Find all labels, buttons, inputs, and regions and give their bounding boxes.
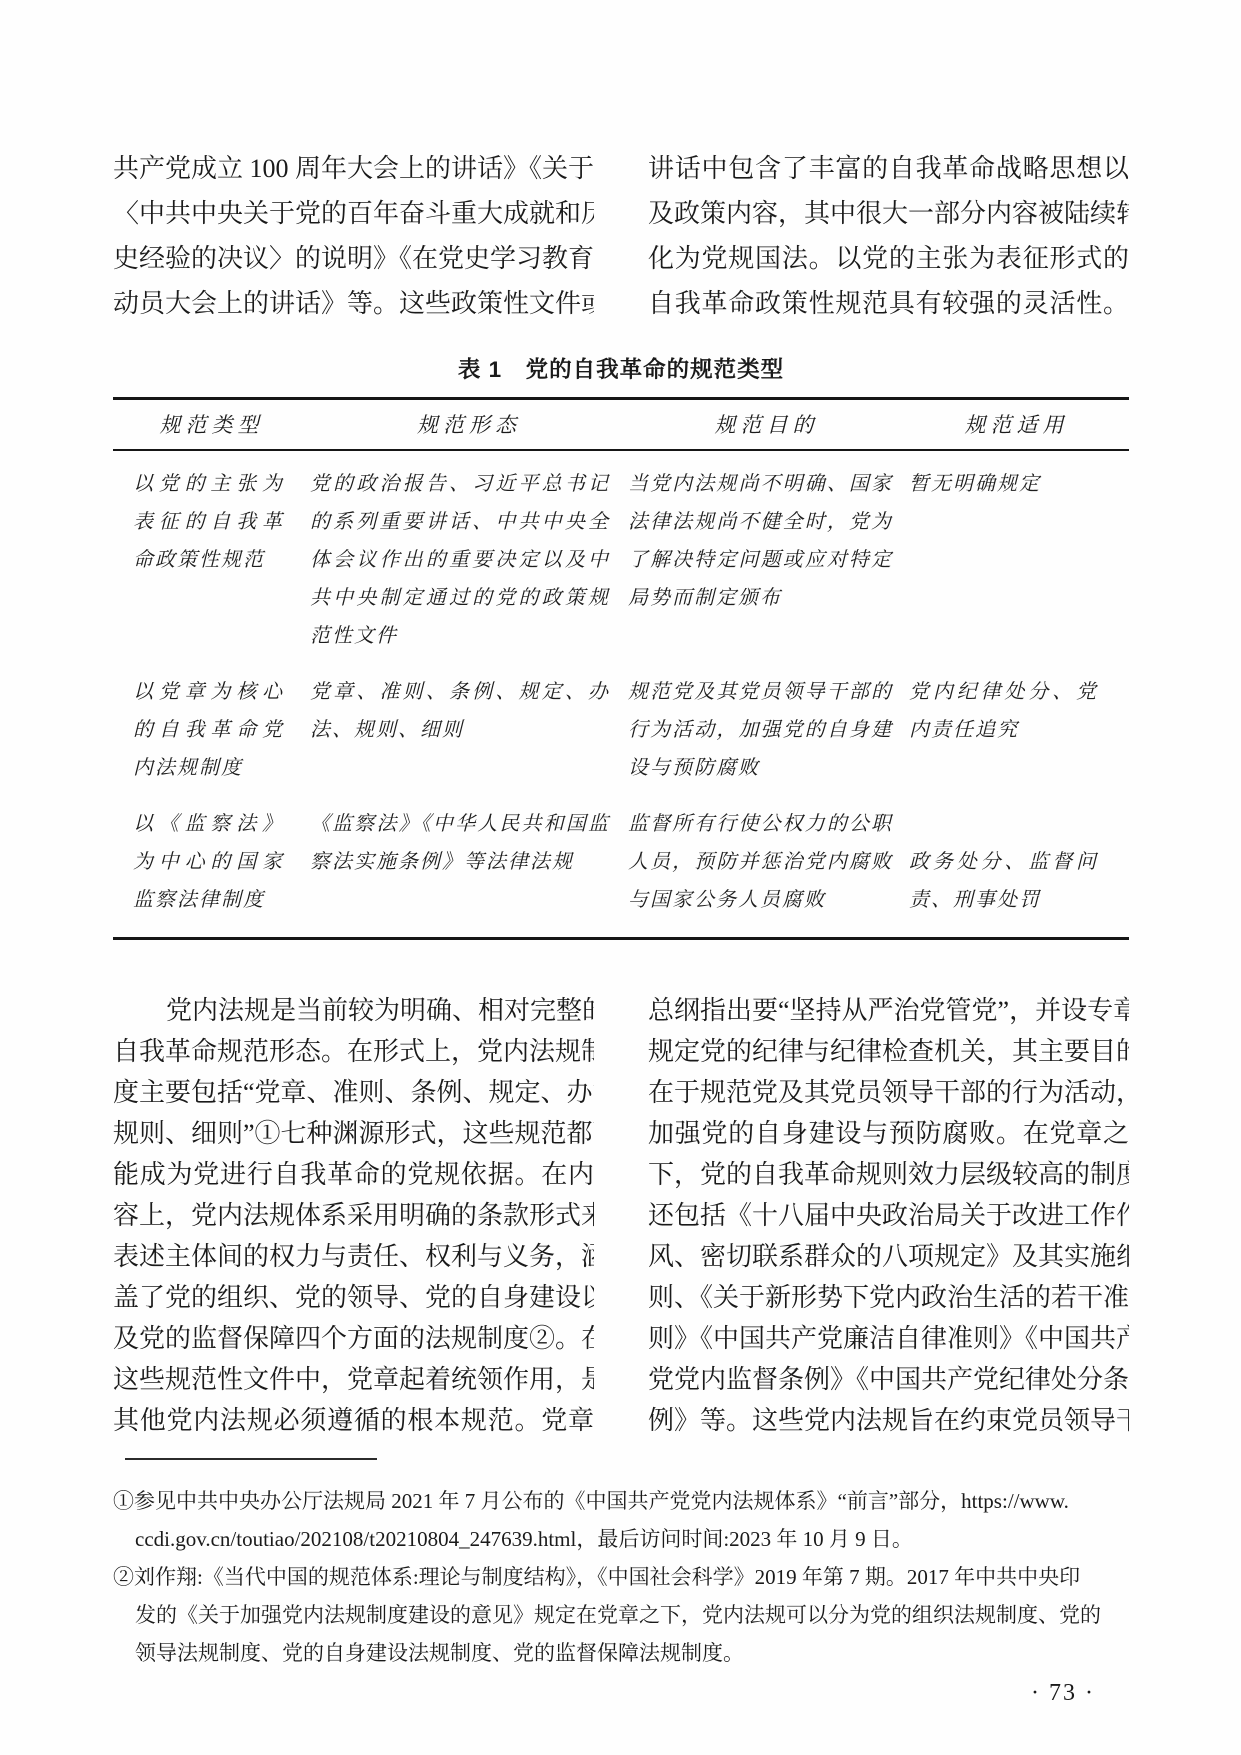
text-line: 还包括《十八届中央政治局关于改进工作作 xyxy=(648,1195,1129,1236)
table-row: 以党章为核心的自我革命党内法规制度 党章、准则、条例、规定、办法、规则、细则 规… xyxy=(113,663,1129,795)
text-line: 党内法规是当前较为明确、相对完整的 xyxy=(113,990,594,1031)
footnote-line: ccdi.gov.cn/toutiao/202108/t20210804_247… xyxy=(113,1520,1129,1558)
text-line: 动员大会上的讲话》等。这些政策性文件或 xyxy=(113,281,594,326)
table-header-cell-application: 规范适用 xyxy=(905,411,1128,439)
table-row: 以《监察法》为中心的国家监察法律制度 《监察法》《中华人民共和国监察法实施条例》… xyxy=(113,795,1129,927)
table-cell-form: 《监察法》《中华人民共和国监察法实施条例》等法律法规 xyxy=(310,805,628,919)
table-header-cell-type: 规范类型 xyxy=(113,411,310,439)
text-line: 讲话中包含了丰富的自我革命战略思想以 xyxy=(648,146,1129,191)
text-line: 规定党的纪律与纪律检查机关，其主要目的 xyxy=(648,1031,1129,1072)
footnote-line: 发的《关于加强党内法规制度建设的意见》规定在党章之下，党内法规可以分为党的组织法… xyxy=(113,1596,1129,1634)
table-cell-purpose: 当党内法规尚不明确、国家法律法规尚不健全时，党为了解决特定问题或应对特定局势而制… xyxy=(628,465,905,655)
text-line: 加强党的自身建设与预防腐败。在党章之 xyxy=(648,1113,1129,1154)
text-line: 其他党内法规必须遵循的根本规范。党章 xyxy=(113,1400,594,1441)
table-cell-type: 以党章为核心的自我革命党内法规制度 xyxy=(113,673,310,787)
text-line: 度主要包括“党章、准则、条例、规定、办法、 xyxy=(113,1072,594,1113)
table-cell-form: 党的政治报告、习近平总书记的系列重要讲话、中共中央全体会议作出的重要决定以及中共… xyxy=(310,465,628,655)
text-line: 〈中共中央关于党的百年奋斗重大成就和历 xyxy=(113,191,594,236)
table-header-cell-purpose: 规范目的 xyxy=(628,411,905,439)
text-line: 盖了党的组织、党的领导、党的自身建设以 xyxy=(113,1277,594,1318)
text-line: 规则、细则”①七种渊源形式，这些规范都可 xyxy=(113,1113,594,1154)
journal-page: 共产党成立 100 周年大会上的讲话》《关于 〈中共中央关于党的百年奋斗重大成就… xyxy=(0,0,1241,1755)
text-line: 则》《中国共产党廉洁自律准则》《中国共产 xyxy=(648,1318,1129,1359)
table-body: 以党的主张为表征的自我革命政策性规范 党的政治报告、习近平总书记的系列重要讲话、… xyxy=(113,451,1129,937)
footnote-line: ②刘作翔:《当代中国的规范体系:理论与制度结构》，《中国社会科学》2019 年第… xyxy=(113,1558,1129,1596)
text-line: 自我革命政策性规范具有较强的灵活性。 xyxy=(648,281,1129,326)
intro-right-column: 讲话中包含了丰富的自我革命战略思想以 及政策内容，其中很大一部分内容被陆续转 化… xyxy=(648,146,1129,326)
table-cell-type: 以党的主张为表征的自我革命政策性规范 xyxy=(113,465,310,655)
text-line: 史经验的决议〉的说明》《在党史学习教育 xyxy=(113,236,594,281)
body-left-column: 党内法规是当前较为明确、相对完整的 自我革命规范形态。在形式上，党内法规制 度主… xyxy=(113,990,594,1441)
text-line: 下，党的自我革命规则效力层级较高的制度 xyxy=(648,1154,1129,1195)
table-cell-application: 政务处分、监督问责、刑事处罚 xyxy=(905,805,1128,919)
text-line: 例》等。这些党内法规旨在约束党员领导干 xyxy=(648,1400,1129,1441)
body-section: 党内法规是当前较为明确、相对完整的 自我革命规范形态。在形式上，党内法规制 度主… xyxy=(113,990,1129,1441)
intro-left-column: 共产党成立 100 周年大会上的讲话》《关于 〈中共中央关于党的百年奋斗重大成就… xyxy=(113,146,594,326)
table-cell-purpose: 规范党及其党员领导干部的行为活动，加强党的自身建设与预防腐败 xyxy=(628,673,905,787)
text-line: 共产党成立 100 周年大会上的讲话》《关于 xyxy=(113,146,594,191)
norm-types-table: 规范类型 规范形态 规范目的 规范适用 以党的主张为表征的自我革命政策性规范 党… xyxy=(113,397,1129,940)
footnote-line: 领导法规制度、党的自身建设法规制度、党的监督保障法规制度。 xyxy=(113,1634,1129,1672)
text-line: 及党的监督保障四个方面的法规制度②。在 xyxy=(113,1318,594,1359)
table-cell-application: 党内纪律处分、党内责任追究 xyxy=(905,673,1128,787)
footnote-divider xyxy=(125,1458,377,1460)
table-cell-type: 以《监察法》为中心的国家监察法律制度 xyxy=(113,805,310,919)
text-line: 容上，党内法规体系采用明确的条款形式来 xyxy=(113,1195,594,1236)
text-line: 自我革命规范形态。在形式上，党内法规制 xyxy=(113,1031,594,1072)
text-line: 在于规范党及其党员领导干部的行为活动， xyxy=(648,1072,1129,1113)
table-caption: 表 1 党的自我革命的规范类型 xyxy=(113,352,1129,384)
text-line: 则、《关于新形势下党内政治生活的若干准 xyxy=(648,1277,1129,1318)
table-header-row: 规范类型 规范形态 规范目的 规范适用 xyxy=(113,400,1129,451)
table-cell-purpose: 监督所有行使公权力的公职人员，预防并惩治党内腐败与国家公务人员腐败 xyxy=(628,805,905,919)
table-cell-form: 党章、准则、条例、规定、办法、规则、细则 xyxy=(310,673,628,787)
text-line: 这些规范性文件中，党章起着统领作用，是 xyxy=(113,1359,594,1400)
table-header-cell-form: 规范形态 xyxy=(310,411,628,439)
text-line: 党党内监督条例》《中国共产党纪律处分条 xyxy=(648,1359,1129,1400)
body-right-column: 总纲指出要“坚持从严治党管党”，并设专章 规定党的纪律与纪律检查机关，其主要目的… xyxy=(648,990,1129,1441)
table-cell-application: 暂无明确规定 xyxy=(905,465,1128,655)
table-row: 以党的主张为表征的自我革命政策性规范 党的政治报告、习近平总书记的系列重要讲话、… xyxy=(113,455,1129,663)
text-line: 化为党规国法。以党的主张为表征形式的 xyxy=(648,236,1129,281)
text-line: 风、密切联系群众的八项规定》及其实施细 xyxy=(648,1236,1129,1277)
text-line: 总纲指出要“坚持从严治党管党”，并设专章 xyxy=(648,990,1129,1031)
text-line: 能成为党进行自我革命的党规依据。在内 xyxy=(113,1154,594,1195)
text-line: 表述主体间的权力与责任、权利与义务，涵 xyxy=(113,1236,594,1277)
footnote-line: ①参见中共中央办公厅法规局 2021 年 7 月公布的《中国共产党党内法规体系》… xyxy=(113,1482,1129,1520)
page-number: · 73 · xyxy=(113,1680,1129,1707)
text-line: 及政策内容，其中很大一部分内容被陆续转 xyxy=(648,191,1129,236)
footnotes-section: ①参见中共中央办公厅法规局 2021 年 7 月公布的《中国共产党党内法规体系》… xyxy=(113,1482,1129,1672)
intro-section: 共产党成立 100 周年大会上的讲话》《关于 〈中共中央关于党的百年奋斗重大成就… xyxy=(113,146,1129,326)
